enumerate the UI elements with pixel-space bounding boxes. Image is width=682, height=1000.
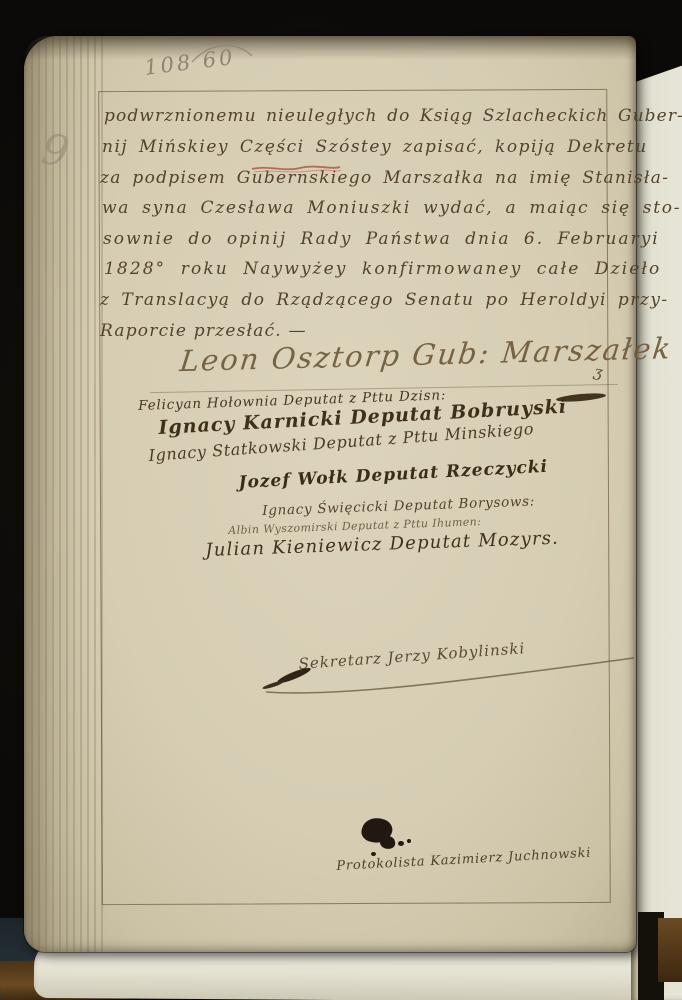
manuscript-line: nij Mińskiey Części Szóstey zapisać, kop… <box>102 137 648 157</box>
manuscript-line: z Translacyą do Rządzącego Senatu po Her… <box>100 290 669 310</box>
book-binding-right <box>658 918 682 982</box>
manuscript-line: podwrznionemu nieuległych do Ksiąg Szlac… <box>104 106 682 126</box>
manuscript-line: 1828° roku Naywyżey konfirmowaney całe D… <box>104 259 661 279</box>
manuscript-line: Raporcie przesłać. — <box>100 321 307 341</box>
ink-blot <box>371 852 376 856</box>
pencil-flourish-mark <box>186 36 258 64</box>
manuscript-line: sownie do opinij Rady Państwa dnia 6. Fe… <box>103 229 660 249</box>
manuscript-line: wa syna Czesława Moniuszki wydać, a maią… <box>102 198 681 218</box>
red-pencil-underline <box>250 163 342 175</box>
document-scan: 108 60 9 podwrznionemu nieuległych do Ks… <box>0 0 682 1000</box>
manuscript-line: za podpisem Gubernskiego Marszałka na im… <box>100 168 669 188</box>
signature-underline-flourish <box>260 650 640 698</box>
ink-blot <box>398 841 404 846</box>
ink-blot <box>407 839 411 843</box>
